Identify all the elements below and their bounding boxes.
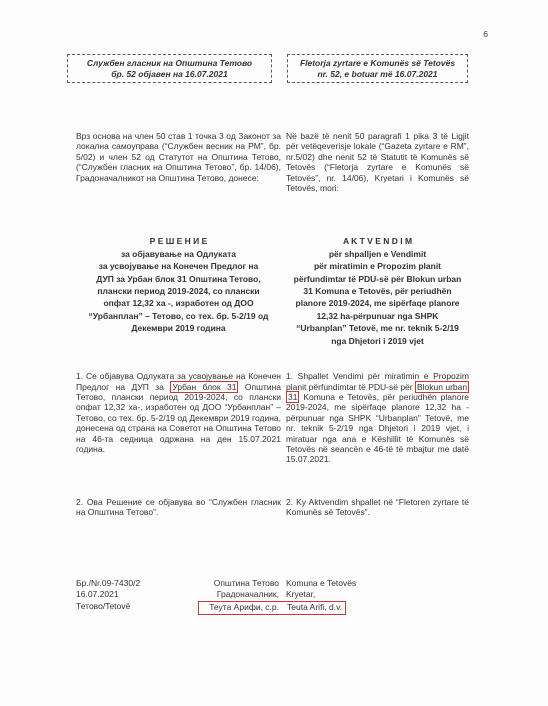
gazette-banner-sq: Fletorja zyrtare e Komunës së Tetovës nr…	[287, 54, 468, 83]
document-place: Тетово/Tetovë	[76, 601, 198, 615]
intro-paragraph-sq: Në bazë të nenit 50 paragrafi 1 pika 3 t…	[286, 131, 469, 193]
decision-heading-sq: A K T V E N D I M për shpalljen e Vendim…	[286, 235, 469, 347]
article2-row: 2. Ова Решение се објавува во “Службен г…	[76, 497, 469, 518]
heading-row: Р Е Ш Е Н И Е за објавување на Одлуката …	[76, 235, 469, 347]
intro-paragraph-mk: Врз основа на член 50 став 1 точка 3 од …	[76, 131, 281, 193]
article2-paragraph-mk: 2. Ова Решение се објавува во “Службен г…	[76, 497, 281, 518]
article1-paragraph-mk: 1. Се објавува Одлуката за усвојување на…	[76, 371, 281, 465]
mayor-name-sq: Teuta Arifi, d.v.	[281, 602, 342, 613]
highlighted-text: Урбан блок 31	[170, 381, 238, 393]
decision-heading-mk: Р Е Ш Е Н И Е за објавување на Одлуката …	[76, 235, 281, 347]
signature-block: Бр./Nr.09-7430/2 Општина Тетово Komuna e…	[76, 578, 469, 615]
intro-row: Врз основа на член 50 став 1 точка 3 од …	[76, 131, 469, 193]
mayor-title-mk: Градоначалник,	[198, 589, 281, 600]
signature-row-1: Бр./Nr.09-7430/2 Општина Тетово Komuna e…	[76, 578, 469, 589]
page-number: 6	[483, 29, 488, 39]
mayor-name-mk: Теута Арифи, с.р.	[201, 602, 281, 613]
municipality-sq: Komuna e Tetovës	[281, 578, 469, 589]
gazette-page: 6 Службен гласник на Општина Тетово бр. …	[0, 0, 548, 706]
mayor-title-sq: Kryetar,	[281, 589, 469, 600]
document-reference-number: Бр./Nr.09-7430/2	[76, 578, 198, 589]
article1-paragraph-sq: 1. Shpallet Vendimi për miratimin e Prop…	[286, 371, 469, 465]
article2-paragraph-sq: 2. Ky Aktvendim shpallet në “Fletoren zy…	[286, 497, 469, 518]
two-column-body: Врз основа на член 50 став 1 точка 3 од …	[76, 131, 469, 518]
signature-row-2: 16.07.2021 Градоначалник, Kryetar,	[76, 589, 469, 600]
municipality-mk: Општина Тетово	[198, 578, 281, 589]
article1-row: 1. Се објавува Одлуката за усвојување на…	[76, 371, 469, 465]
signature-row-3: Тетово/Tetovë Теута Арифи, с.р. Teuta Ar…	[76, 601, 469, 615]
gazette-banner-mk: Службен гласник на Општина Тетово бр. 52…	[67, 54, 272, 83]
mayor-name-highlight-box: Теута Арифи, с.р. Teuta Arifi, d.v.	[198, 601, 346, 615]
document-date: 16.07.2021	[76, 589, 198, 600]
